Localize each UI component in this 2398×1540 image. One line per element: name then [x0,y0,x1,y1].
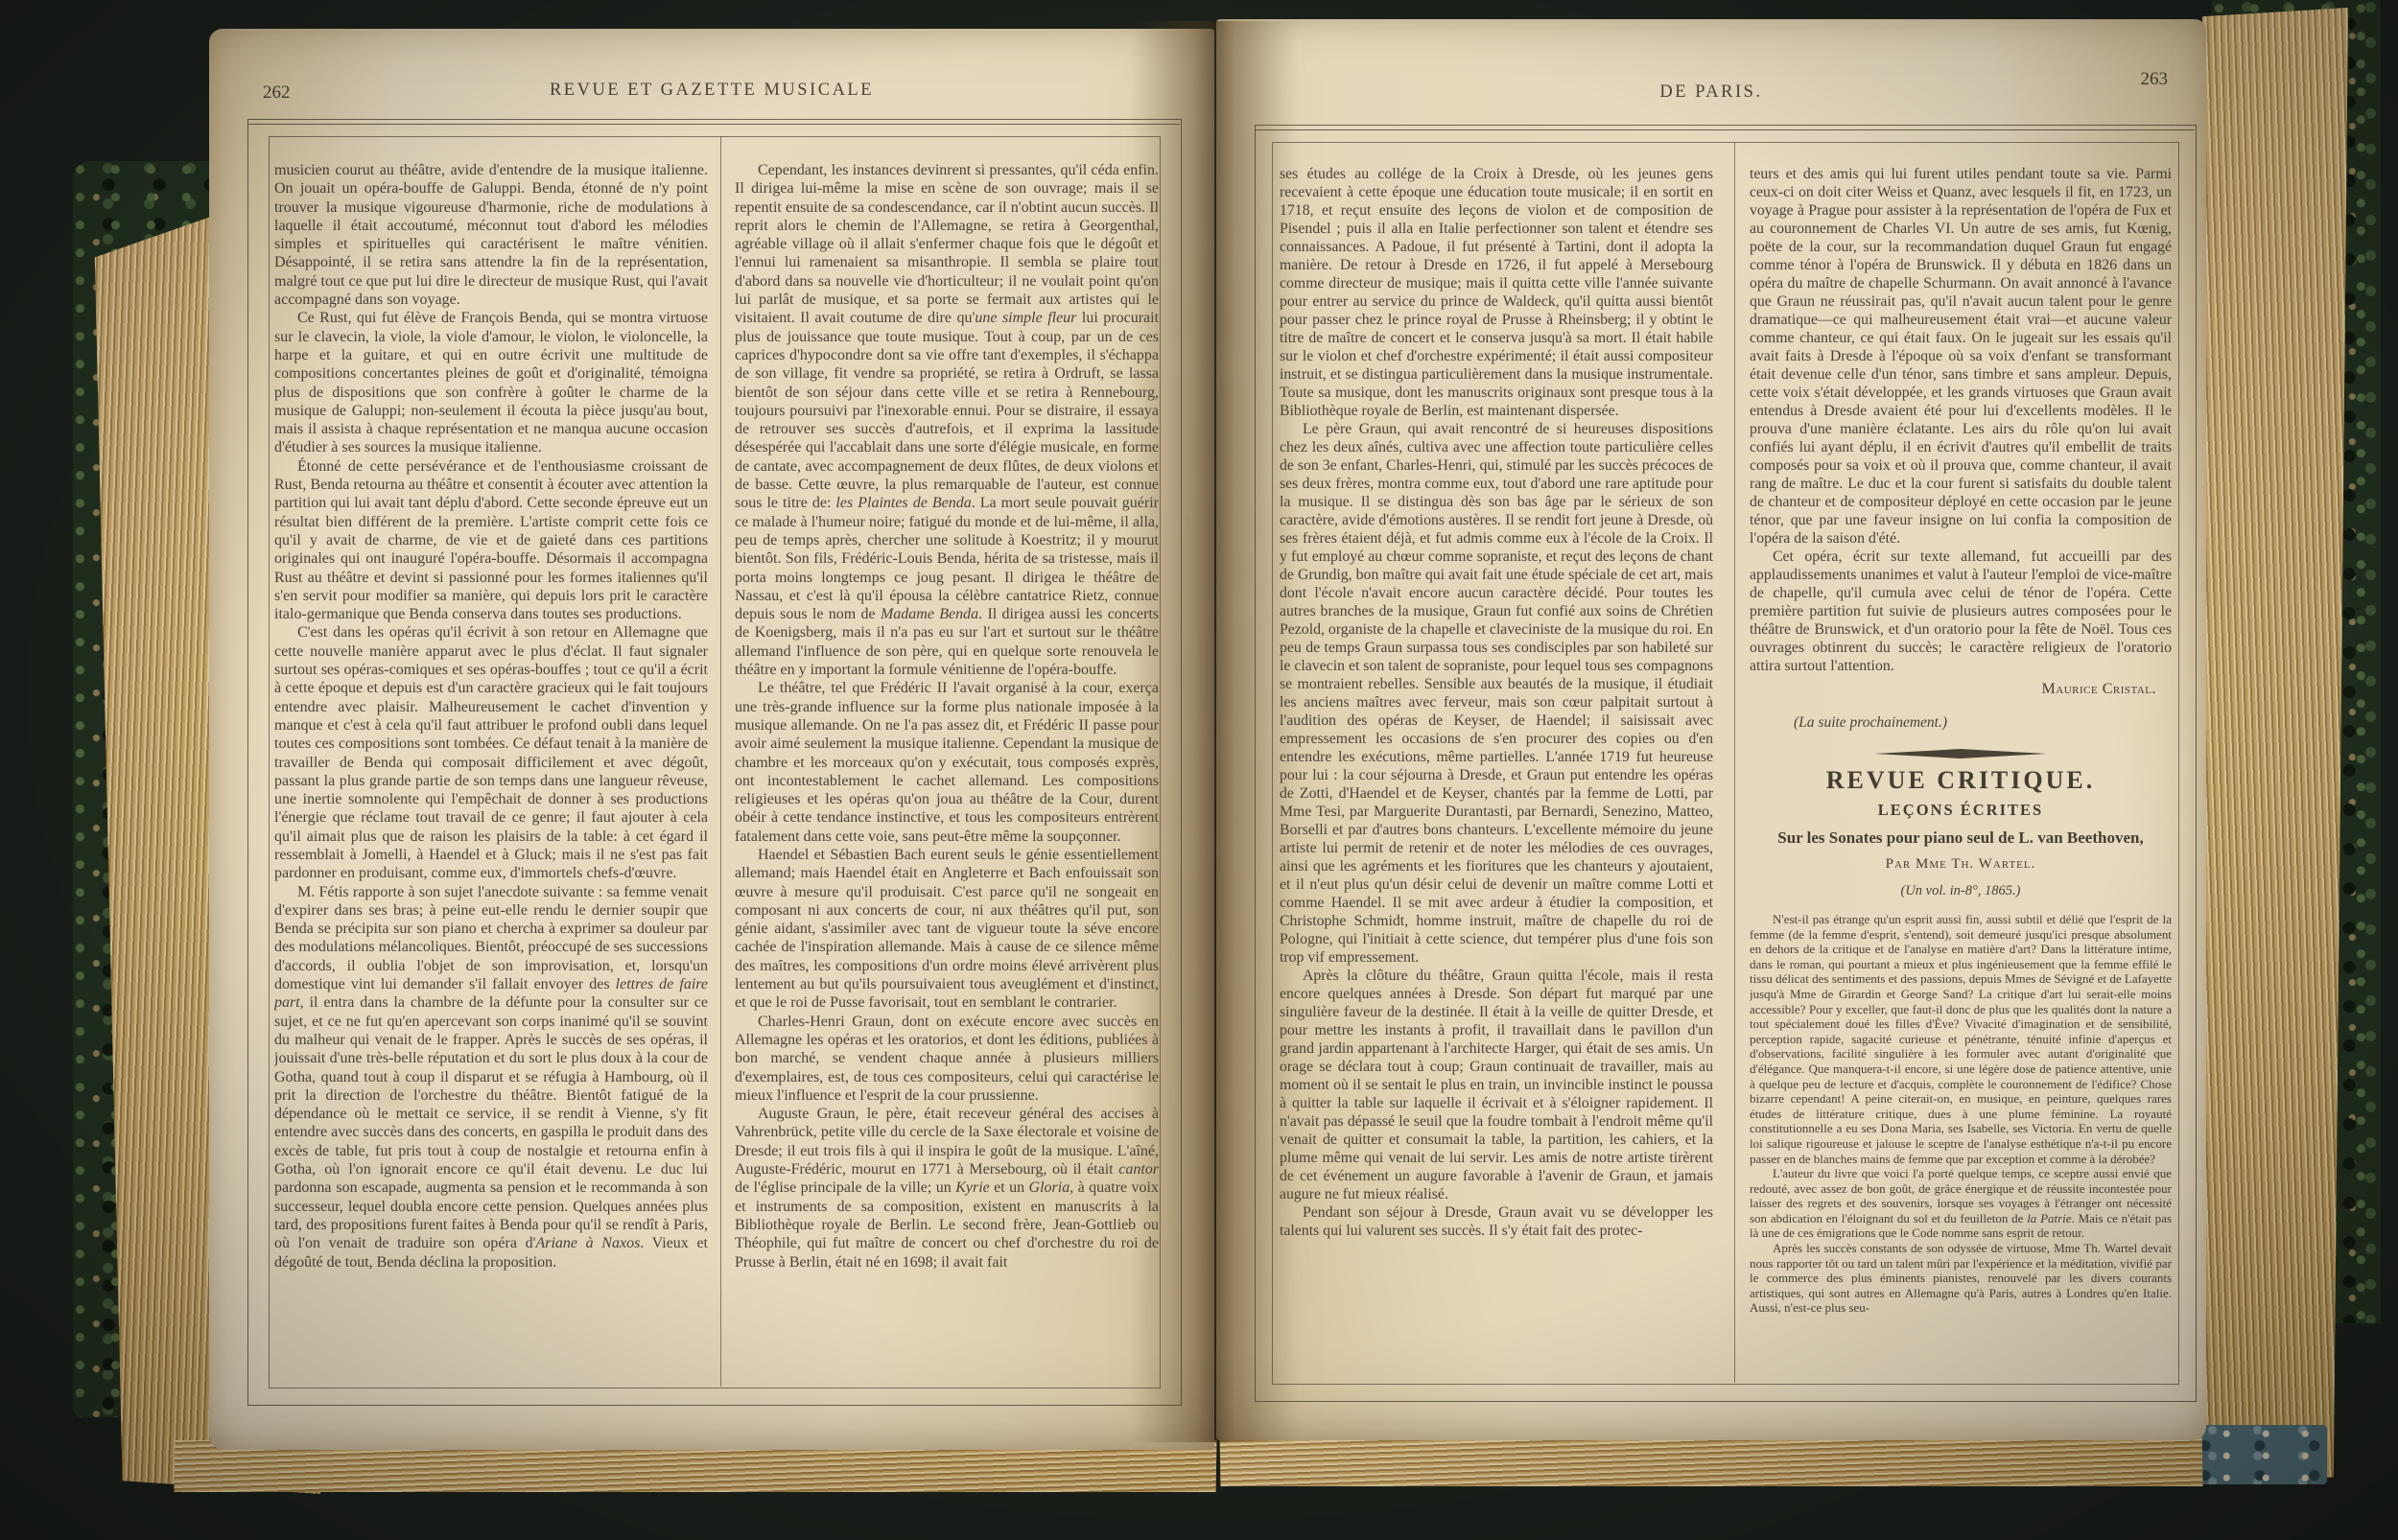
text-column-2: Cependant, les instances devinrent si pr… [735,161,1159,1385]
article-end: teurs et des amis qui lui furent utiles … [1750,165,2172,675]
paragraph: musicien courut au théâtre, avide d'ente… [274,161,708,309]
paragraph: Cet opéra, écrit sur texte allemand, fut… [1750,548,2172,675]
paragraph: C'est dans les opéras qu'il écrivit à so… [274,623,708,882]
author-signature: Maurice Cristal. [1750,680,2172,698]
running-head: DE PARIS. [1216,82,2206,103]
column-rule [720,136,721,1387]
right-page: DE PARIS. 263 ses études au collége de l… [1216,19,2206,1440]
page-edge-stack-bottom-right [1220,1433,2203,1486]
paragraph: M. Fétis rapporte à son sujet l'anecdote… [274,883,708,1272]
paragraph: Le théâtre, tel que Frédéric II l'avait … [735,679,1159,846]
paragraph: Le père Graun, qui avait rencontré de si… [1280,420,1713,967]
paragraph: teurs et des amis qui lui furent utiles … [1750,165,2172,548]
column-rule [1734,142,1735,1383]
text-column-1: ses études au collége de la Croix à Dres… [1280,165,1713,1375]
review-edition-note: (Un vol. in-8°, 1865.) [1750,882,2172,900]
paragraph: Pendant son séjour à Dresde, Graun avait… [1280,1203,1713,1240]
paragraph: Ce Rust, qui fut élève de François Benda… [274,309,708,456]
paragraph: Après les succès constants de son odyssé… [1750,1241,2172,1316]
paragraph: Étonné de cette persévérance et de l'ent… [274,457,708,624]
section-title: REVUE CRITIQUE. [1750,771,2172,789]
paragraph: Cependant, les instances devinrent si pr… [735,161,1159,679]
paragraph: Après la clôture du théâtre, Graun quitt… [1280,967,1713,1203]
paragraph: N'est-il pas étrange qu'un esprit aussi … [1750,912,2172,1166]
page-edge-stack-right [2202,8,2348,1492]
paragraph: Charles-Henri Graun, dont on exécute enc… [735,1013,1159,1105]
paragraph: ses études au collége de la Croix à Dres… [1280,165,1713,420]
paragraph: Haendel et Sébastien Bach eurent seuls l… [735,846,1159,1013]
review-byline: Par Mme Th. Wartel. [1750,855,2172,874]
section-subtitle: LEÇONS ÉCRITES [1750,801,2172,819]
reviewed-work-title: Sur les Sonates pour piano seul de L. va… [1750,828,2172,847]
text-column-2: teurs et des amis qui lui furent utiles … [1750,165,2172,1375]
scanned-book-spread: { "left_page": { "page_number": "262", "… [0,0,2398,1540]
paragraph: Auguste Graun, le père, était receveur g… [735,1105,1159,1272]
paragraph: L'auteur du livre que voici l'a porté qu… [1750,1166,2172,1241]
review-body: N'est-il pas étrange qu'un esprit aussi … [1750,912,2172,1316]
section-divider-ornament [1750,745,2172,763]
text-column-1: musicien courut au théâtre, avide d'ente… [274,161,708,1385]
continuation-note: (La suite prochainement.) [1794,713,2172,732]
left-page: 262 REVUE ET GAZETTE MUSICALE musicien c… [209,29,1214,1450]
page-number: 263 [2141,69,2169,90]
running-head: REVUE ET GAZETTE MUSICALE [209,81,1214,101]
